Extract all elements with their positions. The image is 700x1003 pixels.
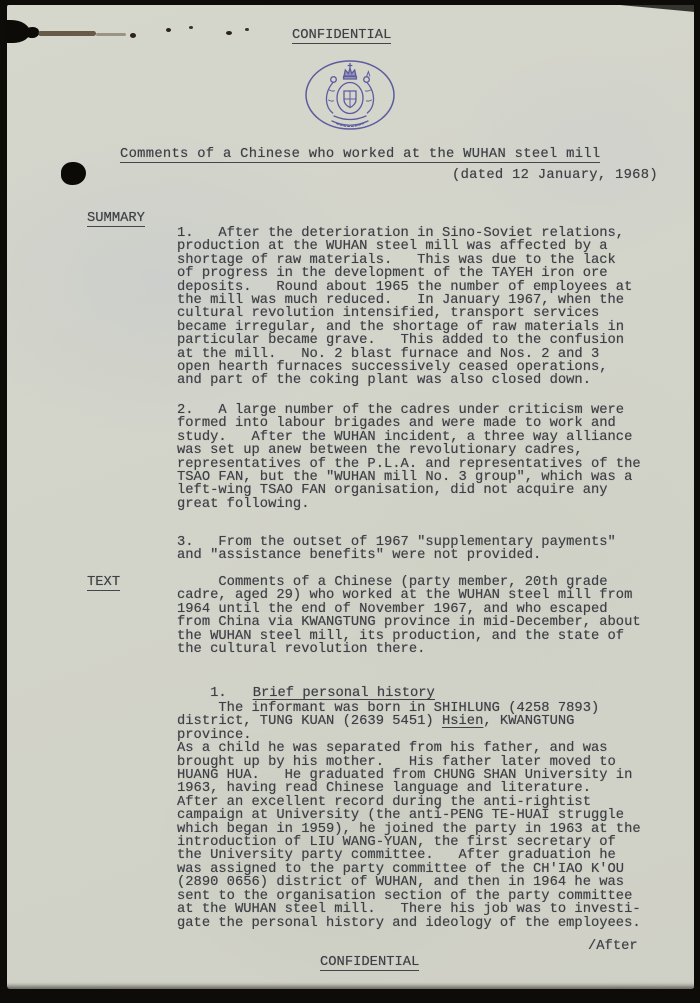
royal-crest-stamp-icon	[303, 58, 397, 132]
section-heading-number: 1.	[210, 686, 227, 701]
date-line: (dated 12 January, 1968)	[452, 169, 658, 182]
summary-paragraph-3: 3. From the outset of 1967 "supplementar…	[177, 536, 651, 563]
continuation-marker: /After	[588, 940, 638, 953]
scan-border-left	[0, 0, 7, 1003]
section-heading-title: Brief personal history	[253, 686, 435, 701]
scan-border-top	[0, 0, 700, 5]
summary-paragraph-1: 1. After the deterioration in Sino-Sovie…	[177, 227, 651, 388]
dust-speck	[130, 33, 136, 38]
classification-footer: CONFIDENTIAL	[320, 956, 419, 971]
scratch-streak	[96, 33, 126, 36]
dust-speck	[189, 26, 193, 29]
dust-speck	[166, 28, 171, 32]
scan-corner-shadow	[620, 5, 695, 12]
text-label: TEXT	[87, 576, 120, 591]
ink-blot-mark	[25, 27, 39, 38]
dust-speck	[245, 28, 249, 31]
summary-paragraph-2: 2. A large number of the cadres under cr…	[177, 404, 651, 511]
scan-border-right	[694, 0, 700, 1003]
scanned-document-page: CONFIDENTIAL	[0, 0, 700, 1003]
dust-speck	[226, 31, 232, 35]
text-intro-paragraph: Comments of a Chinese (party member, 20t…	[177, 576, 651, 656]
scan-border-bottom	[0, 989, 700, 1003]
history-paragraph: The informant was born in SHIHLUNG (4258…	[177, 702, 651, 930]
document-title: Comments of a Chinese who worked at the …	[120, 148, 600, 163]
scratch-streak	[38, 31, 96, 36]
classification-header: CONFIDENTIAL	[292, 29, 391, 44]
summary-label: SUMMARY	[87, 212, 145, 227]
